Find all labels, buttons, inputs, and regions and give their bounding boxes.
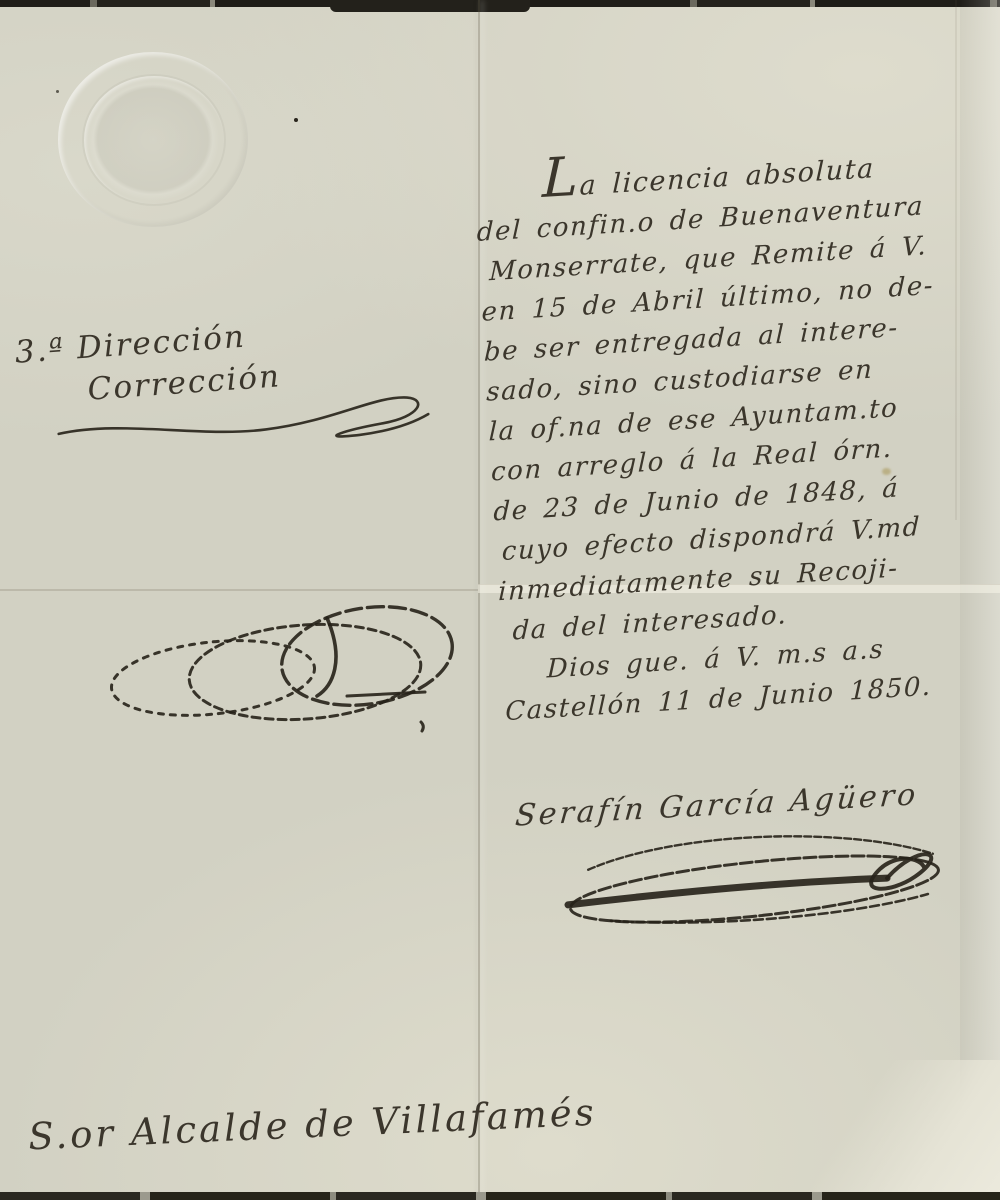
rubric-flourish-icon (95, 600, 465, 750)
scan-top-edge-bump (330, 0, 530, 12)
paper-stain (882, 468, 891, 475)
embossed-seal-inner-ring (82, 74, 226, 206)
ink-speck (56, 90, 59, 93)
signature-block: Serafín García Agüero (514, 774, 996, 950)
scanned-letter-page: 3.ª Dirección Corrección La licencia abs… (0, 0, 1000, 1200)
scan-bottom-edge (0, 1192, 1000, 1200)
embossed-seal-icon (58, 52, 248, 227)
page-corner-highlight (770, 1060, 1000, 1200)
horizontal-fold-crease-left (0, 589, 478, 591)
ink-speck (294, 118, 298, 122)
letter-body: La licencia absoluta del confin.o de Bue… (473, 137, 1000, 732)
addressee-line: S.or Alcalde de Villafamés (27, 1081, 828, 1159)
margin-note: 3.ª Dirección Corrección (14, 306, 443, 473)
